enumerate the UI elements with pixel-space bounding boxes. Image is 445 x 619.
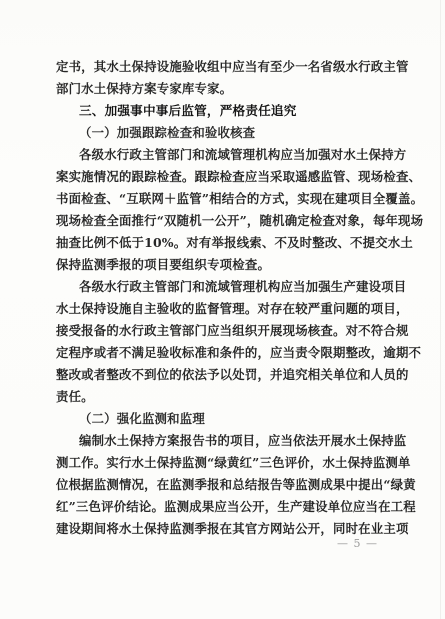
- text-line: 定程序或者不满足验收标准和条件的，应当责令限期整改，逾期不: [56, 342, 383, 364]
- subsection-heading: （一）加强跟踪检查和验收核查: [56, 122, 383, 144]
- text-line: 责任。: [56, 386, 383, 408]
- text-line: 建设期间将水土保持监测季报在其官方网站公开，同时在业主项: [56, 518, 383, 540]
- document-body: 定书，其水土保持设施验收组中应当有至少一名省级水行政主管 部门水土保持方案专家库…: [56, 56, 383, 540]
- section-heading: 三、加强事中事后监管，严格责任追究: [56, 100, 383, 122]
- text-line: 位根据监测情况，在监测季报和总结报告等监测成果中提出“绿黄: [56, 474, 383, 496]
- text-line: 整改或者整改不到位的依法予以处罚，并追究相关单位和人员的: [56, 364, 383, 386]
- text-line: 测工作。实行水土保持监测“绿黄红”三色评价，水土保持监测单: [56, 452, 383, 474]
- paragraph: 各级水行政主管部门和流域管理机构应当加强对水土保持方 案实施情况的跟踪检查。跟踪…: [56, 144, 383, 276]
- document-page: 定书，其水土保持设施验收组中应当有至少一名省级水行政主管 部门水土保持方案专家库…: [0, 0, 445, 619]
- page-edge: [440, 0, 441, 619]
- text-line: 红”三色评价结论。监测成果应当公开，生产建设单位应当在工程: [56, 496, 383, 518]
- text-line: 各级水行政主管部门和流域管理机构应当加强对水土保持方: [56, 144, 383, 166]
- paragraph-continuation: 定书，其水土保持设施验收组中应当有至少一名省级水行政主管 部门水土保持方案专家库…: [56, 56, 383, 100]
- text-line: 编制水土保持方案报告书的项目，应当依法开展水土保持监: [56, 430, 383, 452]
- text-line: 案实施情况的跟踪检查。跟踪检查应当采取遥感监管、现场检查、: [56, 166, 383, 188]
- text-line: 抽查比例不低于10%。对有举报线索、不及时整改、不提交水土: [56, 232, 383, 254]
- text-line: 各级水行政主管部门和流域管理机构应当加强生产建设项目: [56, 276, 383, 298]
- paragraph: 各级水行政主管部门和流域管理机构应当加强生产建设项目 水土保持设施自主验收的监督…: [56, 276, 383, 408]
- text-line: 接受报备的水行政主管部门应当组织开展现场核查。对不符合规: [56, 320, 383, 342]
- text-line: 保持监测季报的项目要组织专项检查。: [56, 254, 383, 276]
- page-number: — 5 —: [337, 537, 378, 550]
- text-line: 现场检查全面推行“双随机一公开”，随机确定检查对象，每年现场: [56, 210, 383, 232]
- text-line: 水土保持设施自主验收的监督管理。对存在较严重问题的项目，: [56, 298, 383, 320]
- paragraph: 编制水土保持方案报告书的项目，应当依法开展水土保持监 测工作。实行水土保持监测“…: [56, 430, 383, 540]
- text-line: 定书，其水土保持设施验收组中应当有至少一名省级水行政主管: [56, 56, 383, 78]
- text-line: 部门水土保持方案专家库专家。: [56, 78, 383, 100]
- text-line: 书面检查、“互联网＋监管”相结合的方式，实现在建项目全覆盖。: [56, 188, 383, 210]
- subsection-heading: （二）强化监测和监理: [56, 408, 383, 430]
